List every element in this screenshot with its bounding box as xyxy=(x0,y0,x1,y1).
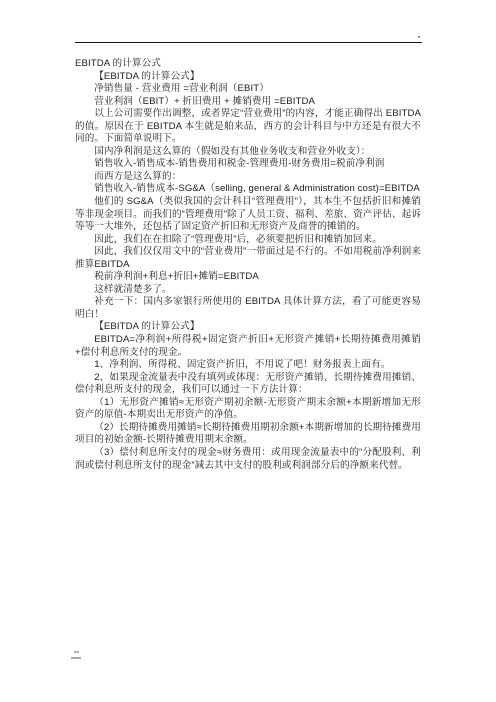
paragraph: 补充一下：国内多家银行所使用的 EBITDA 具体计算方法，看了可能更容易明白！ xyxy=(75,296,421,321)
paragraph: 因此，我们仅仅用文中的“营业费用”一带面过是不行的。不如用税前净利润来推算EBI… xyxy=(75,246,421,271)
paragraph: （2）长期待摊费用摊销≈长期待摊费用期初余额+本期新增加的长期待摊费用项目的初始… xyxy=(75,422,421,447)
paragraph: 2、如果现金流量表中没有填列或体现：无形资产摊销、长期待摊费用摊销、偿付利息所支… xyxy=(75,372,421,397)
header-period-mark xyxy=(418,36,420,38)
paragraph: 国内净利润是这么算的（假如没有其他业务收支和营业外收支）： xyxy=(75,146,421,159)
paragraph: 【EBITDA 的计算公式】 xyxy=(75,71,421,84)
header-rule xyxy=(75,42,422,43)
paragraph: 税前净利润+利息+折旧+摊销=EBITDA xyxy=(75,271,421,284)
paragraph: 【EBITDA 的计算公式】 xyxy=(75,321,421,334)
paragraph: 他们的 SG&A（类似我国的会计科目“管理费用”），其本生不包括折旧和摊销等非现… xyxy=(75,196,421,234)
paragraph: 净销售量 - 营业费用 =营业利润（EBIT） xyxy=(75,83,421,96)
paragraph: EBITDA=净利润+所得税+固定资产折旧+无形资产摊销+长期待摊费用摊销+偿付… xyxy=(75,334,421,359)
document-page: EBITDA 的计算公式 【EBITDA 的计算公式】 净销售量 - 营业费用 … xyxy=(0,0,496,702)
paragraph: 因此，我们在在扣除了“管理费用”后，必须要把折旧和摊销加回来。 xyxy=(75,234,421,247)
footer-smudge-mark xyxy=(71,657,81,659)
paragraph: 而西方是这么算的： xyxy=(75,171,421,184)
paragraph: 销售收入-销售成本-销售费用和税金-管理费用-财务费用=税前净利润 xyxy=(75,158,421,171)
paragraph: 以上公司需要作出调整，或者界定“营业费用”的内容，才能正确得出 EBITDA 的… xyxy=(75,108,421,146)
document-title: EBITDA 的计算公式 xyxy=(75,58,421,71)
paragraph: 这样就清楚多了。 xyxy=(75,284,421,297)
paragraph: （3）偿付利息所支付的现金≈财务费用：或用现金流量表中的“分配股利、利润或偿付利… xyxy=(75,447,421,472)
document-body: EBITDA 的计算公式 【EBITDA 的计算公式】 净销售量 - 营业费用 … xyxy=(75,58,421,472)
footer-smudge xyxy=(70,649,84,663)
paragraph: 营业利润（EBIT）+ 折旧费用 + 摊销费用 =EBITDA xyxy=(75,96,421,109)
paragraph: 销售收入-销售成本-SG&A（selling, general & Admini… xyxy=(75,183,421,196)
footer-smudge-mark xyxy=(74,651,79,653)
paragraph: （1）无形资产摊销≈无形资产期初余额-无形资产期末余额+本期新增加无形资产的原值… xyxy=(75,397,421,422)
paragraph: 1、净利润、所得税、固定资产折旧，不用说了吧！财务报表上面有。 xyxy=(75,359,421,372)
